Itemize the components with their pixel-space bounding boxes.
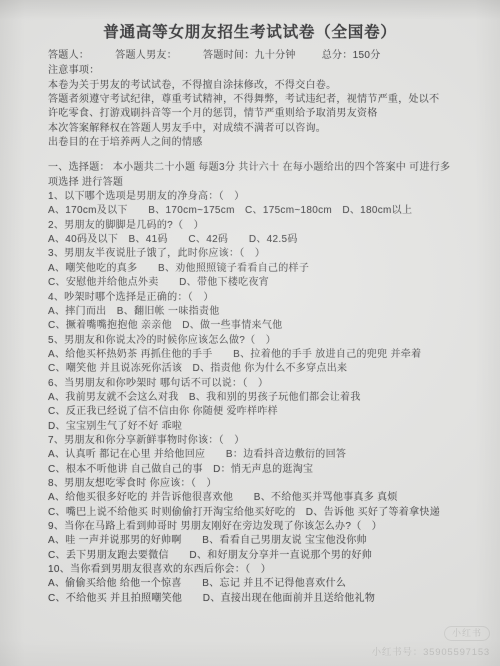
question-stem: 2、男朋友的脚脚是几码的?（ ） — [48, 219, 474, 233]
notice-line: 出卷目的在于培养两人之间的情感 — [48, 136, 474, 150]
option-line: A、给他买杯热奶茶 再抓住他的手手 B、拉着他的手手 放进自己的兜兜 并牵着 — [48, 348, 474, 362]
option-line: C、嘲笑他 并且说冻死你活该 D、指责他 你为什么不多穿点出来 — [48, 362, 474, 376]
question-stem: 3、男朋友半夜说肚子饿了，此时你应该：（ ） — [48, 247, 474, 261]
option-line: A、给他买很多好吃的 并告诉他很喜欢他 B、不给他买并骂他事真多 真烦 — [48, 491, 474, 505]
option-line: C、不给他买 并且拍照嘲笑他 D、直接出现在他面前并且送给他礼物 — [48, 592, 474, 606]
paper-content: 答题人： 答题人男友： 答题时间：九十分钟 总分：150分 注意事项： 本卷为关… — [0, 49, 500, 606]
option-line: C、根本不听他讲 自己做自己的事 D：悄无声息的逛淘宝 — [48, 463, 474, 477]
question-stem: 10、当你看到男朋友很喜欢的东西后你会：（ ） — [48, 563, 474, 577]
meta-boyfriend-label: 答题人男友： — [115, 49, 177, 63]
notice-heading: 注意事项： — [48, 64, 474, 78]
option-line: A、我前男友就不会这么对我 B、我和别的男孩子玩他们都会让着我 — [48, 391, 474, 405]
meta-row: 答题人： 答题人男友： 答题时间：九十分钟 总分：150分 — [48, 49, 474, 63]
question-list: 1、以下哪个选项是男朋友的净身高：（ ）A、170cm及以下 B、170cm~1… — [48, 190, 474, 606]
option-line: C、丢下男朋友跑去要微信 D、和好朋友分享并一直说那个男的好帅 — [48, 549, 474, 563]
option-line: A、170cm及以下 B、170cm~175cm C、175cm~180cm D… — [48, 204, 474, 218]
option-line: A、嘲笑他吃的真多 B、劝他照照镜子看看自己的样子 — [48, 262, 474, 276]
option-line: C、撅着嘴嘴抱抱他 亲亲他 D、做一些事情来气他 — [48, 319, 474, 333]
question-stem: 9、当你在马路上看到帅哥时 男朋友刚好在旁边发现了你该怎么办?（ ） — [48, 520, 474, 534]
question-stem: 6、当男朋友和你吵架时 哪句话不可以说：（ ） — [48, 377, 474, 391]
xiaohongshu-badge: 小红书 — [444, 626, 490, 641]
xiaohongshu-watermark: 小红书 小红书号：35905597153 — [372, 623, 490, 658]
option-line: A、偷偷买给他 给他一个惊喜 B、忘记 并且不记得他喜欢什么 — [48, 577, 474, 591]
notice-line: 许吃零食、打游戏刷抖音等一个月的惩罚，情节严重则给予取消男友资格 — [48, 107, 474, 121]
meta-answerer-label: 答题人： — [48, 49, 89, 63]
question-stem: 7、男朋友和你分享新鲜事物时你该：（ ） — [48, 434, 474, 448]
option-line: D、宝宝别生气了好不好 乖啦 — [48, 420, 474, 434]
option-line: A、哇 一声并说那男的好帅啊 B、看看自己男朋友说 宝宝他没你帅 — [48, 534, 474, 548]
notice-line: 答题者须遵守考试纪律，尊重考试精神，不得舞弊，考试违纪者，视情节严重，处以不 — [48, 93, 474, 107]
xiaohongshu-id: 小红书号：35905597153 — [372, 644, 490, 658]
exam-paper-photo: 普通高等女朋友招生考试试卷（全国卷） 答题人： 答题人男友： 答题时间：九十分钟… — [0, 0, 500, 666]
notice-line: 本次答案解释权在答题人男友手中，对成绩不满者可以咨询。 — [48, 122, 474, 136]
meta-total-score: 总分：150分 — [322, 49, 381, 63]
question-stem: 5、男朋友和你说太冷的时候你应该怎么做?（ ） — [48, 334, 474, 348]
option-line: C、嘴巴上说不给他买 时则偷偷打开淘宝给他买好吃的 D、告诉他 买好了等着拿快递 — [48, 506, 474, 520]
question-stem: 1、以下哪个选项是男朋友的净身高：（ ） — [48, 190, 474, 204]
option-line: C、反正我已经说了信不信由你 你随便 爱咋样咋样 — [48, 405, 474, 419]
notice-line: 本卷为关于男友的考试试卷，不得擅自涂抹修改，不得交白卷。 — [48, 79, 474, 93]
meta-exam-duration: 答题时间：九十分钟 — [203, 49, 296, 63]
section-spacer — [48, 150, 474, 161]
option-line: A、认真听 都记在心里 并给他回应 B：边看抖音边敷衍的回答 — [48, 448, 474, 462]
section-heading-line: 项选择 进行答题 — [48, 176, 474, 190]
option-line: A、摔门而出 B、翻旧帐 一味指责他 — [48, 305, 474, 319]
question-stem: 4、吵架时哪个选择是正确的：（ ） — [48, 291, 474, 305]
option-line: A、40码及以下 B、41码 C、42码 D、42.5码 — [48, 233, 474, 247]
question-stem: 8、男朋友想吃零食时 你应该：（ ） — [48, 477, 474, 491]
option-line: C、安慰他并给他点外卖 D、带他下楼吃夜宵 — [48, 276, 474, 290]
section-heading-line: 一、选择题： 本小题共二十小题 每题3分 共计六十 在每小题给出的四个答案中 可… — [48, 161, 474, 175]
page-title: 普通高等女朋友招生考试试卷（全国卷） — [0, 0, 500, 42]
